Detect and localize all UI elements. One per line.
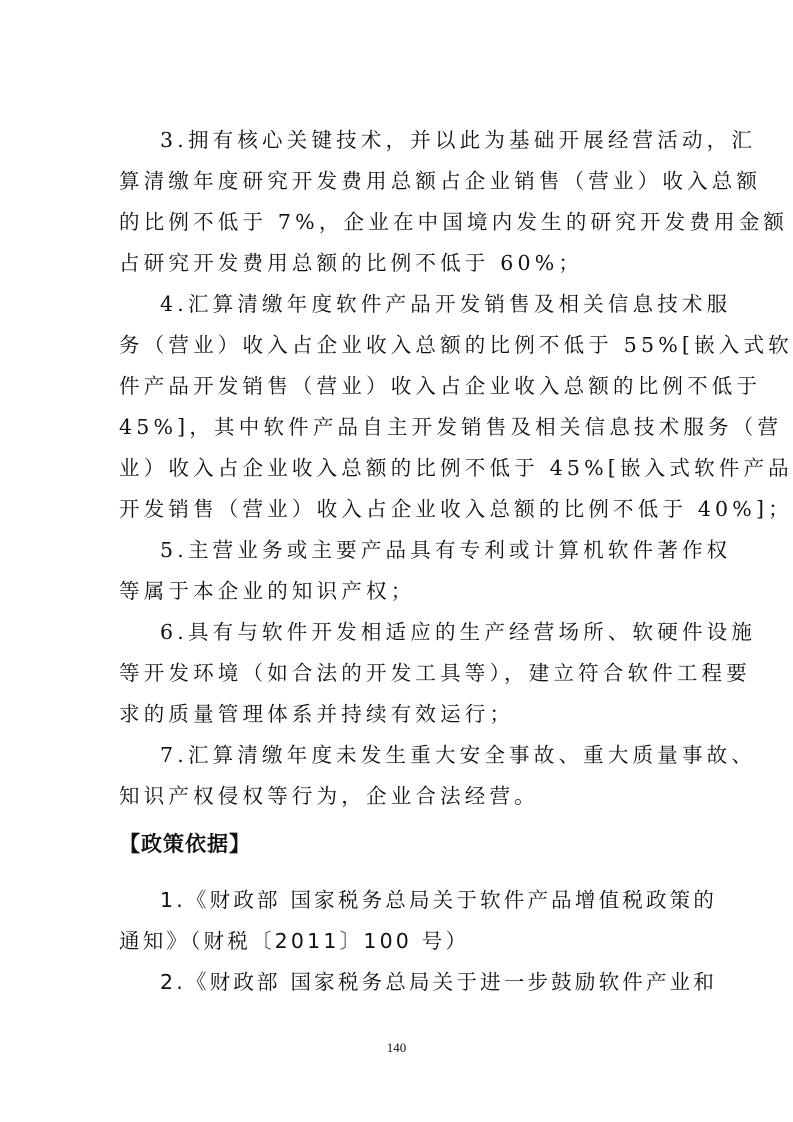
criterion-5-line-1: 5.主营业务或主要产品具有专利或计算机软件著作权 — [160, 535, 675, 565]
policy-1-line-2: 通知》（财税〔2011〕100 号） — [119, 926, 675, 956]
criterion-4-line-2: 务（营业）收入占企业收入总额的比例不低于 55%[嵌入式软 — [119, 330, 675, 360]
criterion-3-line-3: 的比例不低于 7%，企业在中国境内发生的研究开发费用金额 — [119, 207, 675, 237]
policy-1-line-1: 1.《财政部 国家税务总局关于软件产品增值税政策的 — [160, 885, 675, 915]
criterion-4-line-6: 开发销售（营业）收入占企业收入总额的比例不低于 40%]； — [119, 494, 675, 524]
criterion-4-line-5: 业）收入占企业收入总额的比例不低于 45%[嵌入式软件产品 — [119, 453, 675, 483]
criterion-4-line-4: 45%]，其中软件产品自主开发销售及相关信息技术服务（营 — [119, 412, 675, 442]
criterion-6-line-1: 6.具有与软件开发相适应的生产经营场所、软硬件设施 — [160, 617, 675, 647]
criterion-4-line-1: 4.汇算清缴年度软件产品开发销售及相关信息技术服 — [160, 289, 675, 319]
criterion-3-line-4: 占研究开发费用总额的比例不低于 60%； — [119, 248, 675, 278]
criterion-6-line-3: 求的质量管理体系并持续有效运行； — [119, 699, 675, 729]
criterion-7-line-2: 知识产权侵权等行为，企业合法经营。 — [119, 781, 675, 811]
criterion-3-line-2: 算清缴年度研究开发费用总额占企业销售（营业）收入总额 — [119, 166, 675, 196]
page-number: 140 — [0, 1040, 793, 1056]
criterion-4-line-3: 件产品开发销售（营业）收入占企业收入总额的比例不低于 — [119, 371, 675, 401]
criterion-3-line-1: 3.拥有核心关键技术，并以此为基础开展经营活动，汇 — [160, 125, 675, 155]
criterion-7-line-1: 7.汇算清缴年度未发生重大安全事故、重大质量事故、 — [160, 740, 675, 770]
criterion-6-line-2: 等开发环境（如合法的开发工具等），建立符合软件工程要 — [119, 658, 675, 688]
policy-2-line-1: 2.《财政部 国家税务总局关于进一步鼓励软件产业和 — [160, 967, 675, 997]
criterion-5-line-2: 等属于本企业的知识产权； — [119, 576, 675, 606]
policy-basis-heading: 【政策依据】 — [119, 828, 251, 858]
